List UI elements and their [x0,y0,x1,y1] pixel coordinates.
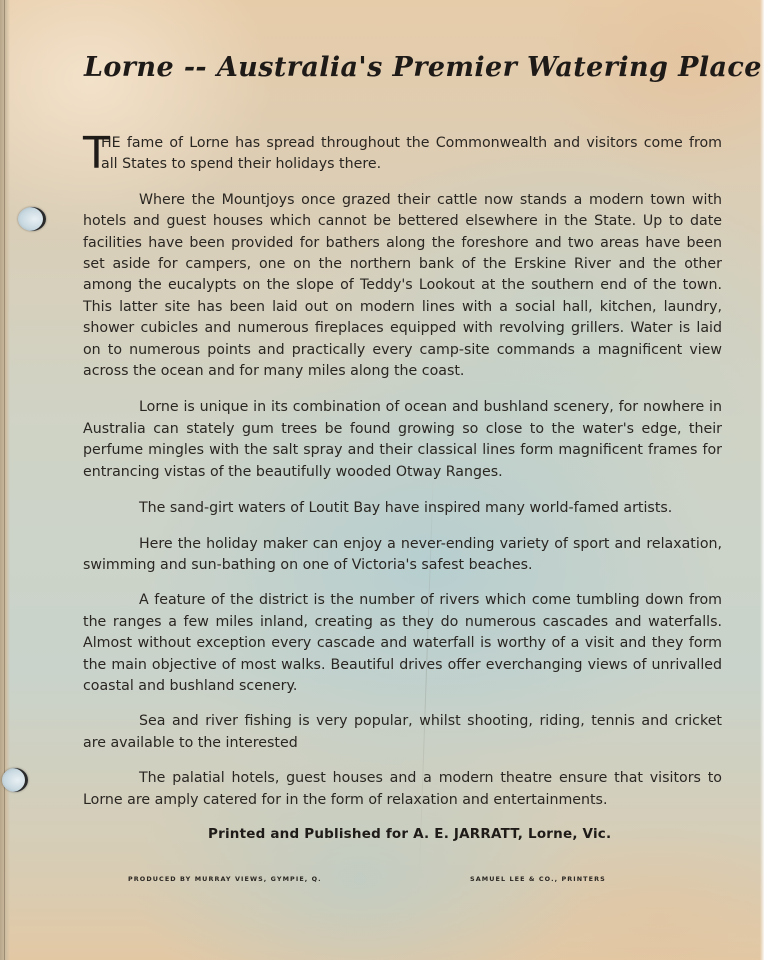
paragraph: Sea and river fishing is very popular, w… [83,711,722,754]
binding-fold-line [4,0,5,960]
punch-hole-icon [2,768,28,792]
scanned-page: Lorne -- Australia's Premier Watering Pl… [0,0,764,960]
publisher-line: Printed and Published for A. E. JARRATT,… [208,826,611,842]
producer-credit: PRODUCED BY MURRAY VIEWS, GYMPIE, Q. [128,875,322,883]
punch-hole-icon [18,207,46,231]
paragraph: Where the Mountjoys once grazed their ca… [83,190,722,383]
paragraph-text: HE fame of Lorne has spread throughout t… [101,135,722,172]
paragraph: A feature of the district is the number … [83,590,722,697]
paragraph: The palatial hotels, guest houses and a … [83,768,722,811]
binding-edge [0,0,10,960]
printer-credit: SAMUEL LEE & CO., PRINTERS [470,875,606,883]
paragraph: The sand-girt waters of Loutit Bay have … [83,498,722,519]
drop-cap: T [83,133,110,175]
paragraph-intro: T HE fame of Lorne has spread throughout… [83,133,722,176]
paragraph: Lorne is unique in its combination of oc… [83,397,722,483]
article-body: T HE fame of Lorne has spread throughout… [83,133,722,825]
page-edge [760,0,764,960]
page-title: Lorne -- Australia's Premier Watering Pl… [84,52,744,83]
paragraph: Here the holiday maker can enjoy a never… [83,534,722,577]
